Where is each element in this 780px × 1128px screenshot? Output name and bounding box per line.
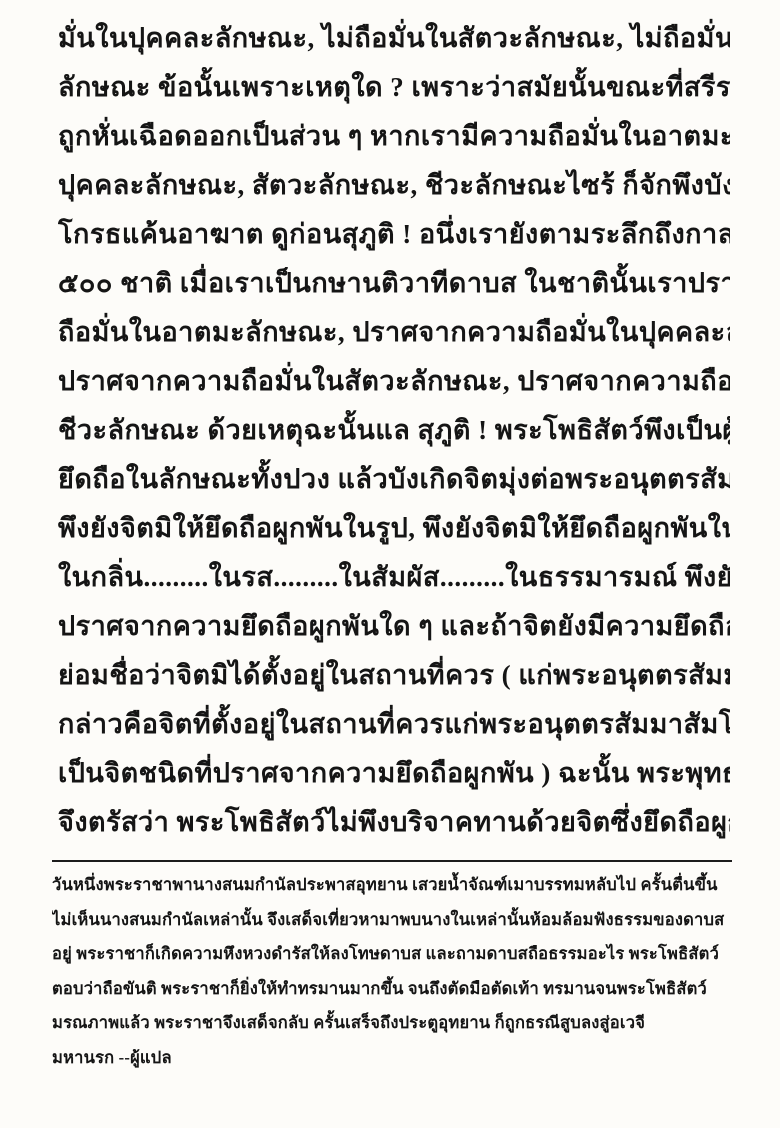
body-text-line: ปุคคละลักษณะ, สัตวะลักษณะ, ชีวะลักษณะไซร… — [58, 161, 730, 210]
body-text-line: เป็นจิตชนิดที่ปราศจากความยึดถือผูกพัน ) … — [58, 749, 730, 798]
footnote-line: มรณภาพแล้ว พระราชาจึงเสด็จกลับ ครั้นเสร็… — [52, 1006, 736, 1041]
body-text-line: ในกลิ่น.........ในรส.........ในสัมผัส...… — [58, 553, 730, 602]
footnote-divider-rule — [52, 860, 732, 862]
body-text-line: ยึดถือในลักษณะทั้งปวง แล้วบังเกิดจิตมุ่ง… — [58, 455, 730, 504]
body-text-line: ปราศจากความถือมั่นในสัตวะลักษณะ, ปราศจาก… — [58, 357, 730, 406]
body-text-line: ปราศจากความยึดถือผูกพันใด ๆ และถ้าจิตยัง… — [58, 602, 730, 651]
body-text-line: ลักษณะ ข้อนั้นเพราะเหตุใด ? เพราะว่าสมัย… — [58, 63, 730, 112]
body-text-line: ถูกหั่นเฉือดออกเป็นส่วน ๆ หากเรามีความถื… — [58, 112, 730, 161]
footnote-translator-credit: มหานรก --ผู้แปล — [52, 1041, 736, 1076]
body-text-line: มั่นในปุคคละลักษณะ, ไม่ถือมั่นในสัตวะลัก… — [58, 14, 730, 63]
body-text-line: พึงยังจิตมิให้ยึดถือผูกพันในรูป, พึงยังจ… — [58, 504, 730, 553]
body-text-line: ๕๐๐ ชาติ เมื่อเราเป็นกษานติวาทีดาบส ในชา… — [58, 259, 730, 308]
body-text-line: ชีวะลักษณะ ด้วยเหตุฉะนั้นแล สุภูติ ! พระ… — [58, 406, 730, 455]
body-text-line: โกรธแค้นอาฆาต ดูก่อนสุภูติ ! อนึ่งเรายัง… — [58, 210, 730, 259]
footnote-block: วันหนึ่งพระราชาพานางสนมกำนัลประพาสอุทยาน… — [52, 868, 736, 1075]
footnote-line: อยู่ พระราชาก็เกิดความหึงหวงดำรัสให้ลงโท… — [52, 937, 736, 972]
body-text-line: กล่าวคือจิตที่ตั้งอยู่ในสถานที่ควรแก่พระ… — [58, 700, 730, 749]
body-text-line: ถือมั่นในอาตมะลักษณะ, ปราศจากความถือมั่น… — [58, 308, 730, 357]
body-text-line: จึงตรัสว่า พระโพธิสัตว์ไม่พึงบริจาคทานด้… — [58, 798, 730, 847]
scanned-document-page: มั่นในปุคคละลักษณะ, ไม่ถือมั่นในสัตวะลัก… — [0, 0, 780, 1128]
footnote-line: ตอบว่าถือขันติ พระราชาก็ยิ่งให้ทำทรมานมา… — [52, 972, 736, 1007]
body-text-block: มั่นในปุคคละลักษณะ, ไม่ถือมั่นในสัตวะลัก… — [58, 14, 730, 847]
footnote-line: วันหนึ่งพระราชาพานางสนมกำนัลประพาสอุทยาน… — [52, 868, 736, 903]
body-text-line: ย่อมชื่อว่าจิตมิได้ตั้งอยู่ในสถานที่ควร … — [58, 651, 730, 700]
footnote-line: ไม่เห็นนางสนมกำนัลเหล่านั้น จึงเสด็จเที่… — [52, 903, 736, 938]
